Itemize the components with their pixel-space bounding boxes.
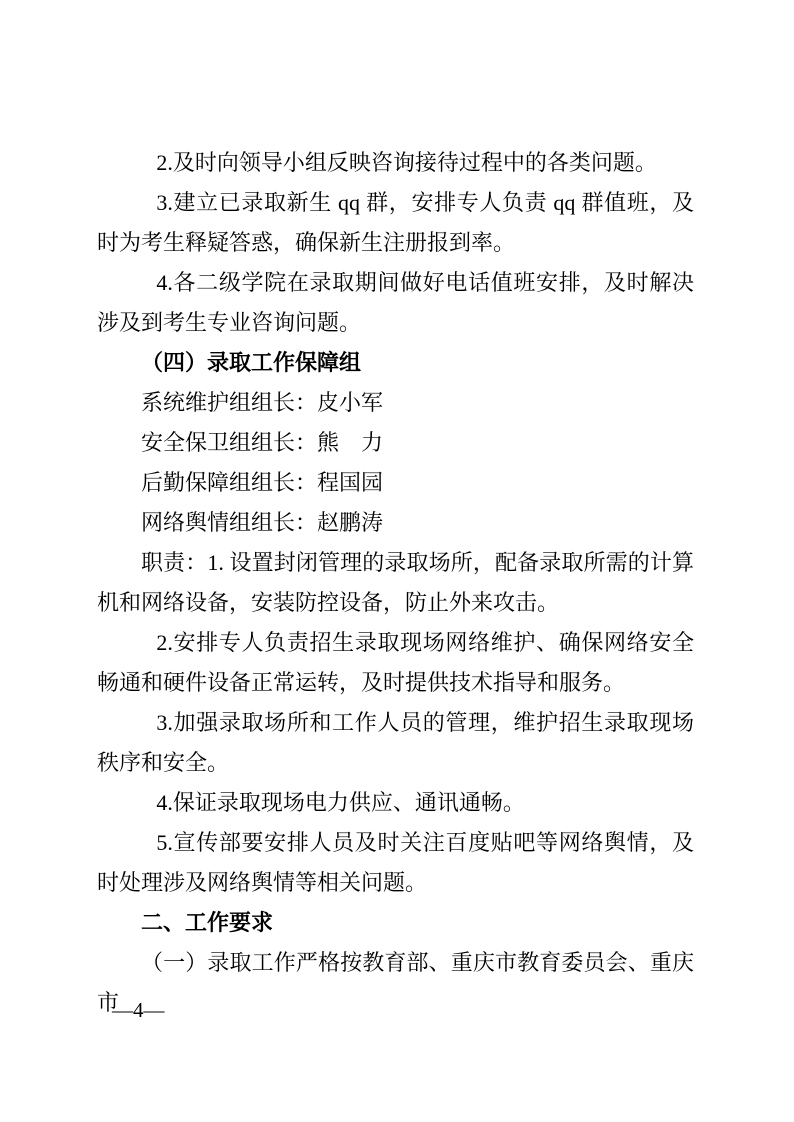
- document-body: 2.及时向领导小组反映咨询接待过程中的各类问题。3.建立已录取新生 qq 群，安…: [97, 143, 694, 1023]
- document-page: 2.及时向领导小组反映咨询接待过程中的各类问题。3.建立已录取新生 qq 群，安…: [0, 0, 794, 1122]
- paragraph: （一）录取工作严格按教育部、重庆市教育委员会、重庆市: [97, 943, 694, 1023]
- paragraph: 3.加强录取场所和工作人员的管理，维护招生录取现场秩序和安全。: [97, 703, 694, 783]
- paragraph: 5.宣传部要安排人员及时关注百度贴吧等网络舆情，及时处理涉及网络舆情等相关问题。: [97, 823, 694, 903]
- page-number: —4—: [112, 995, 165, 1025]
- paragraph: 网络舆情组组长：赵鹏涛: [97, 503, 694, 543]
- paragraph: 安全保卫组组长：熊 力: [97, 423, 694, 463]
- paragraph: 4.保证录取现场电力供应、通讯通畅。: [97, 783, 694, 823]
- paragraph: 4.各二级学院在录取期间做好电话值班安排，及时解决涉及到考生专业咨询问题。: [97, 263, 694, 343]
- paragraph: 3.建立已录取新生 qq 群，安排专人负责 qq 群值班，及时为考生释疑答惑，确…: [97, 183, 694, 263]
- paragraph: 后勤保障组组长：程国园: [97, 463, 694, 503]
- section-heading: （四）录取工作保障组: [97, 343, 694, 383]
- paragraph: 2.及时向领导小组反映咨询接待过程中的各类问题。: [97, 143, 694, 183]
- paragraph: 系统维护组组长：皮小军: [97, 383, 694, 423]
- paragraph: 2.安排专人负责招生录取现场网络维护、确保网络安全畅通和硬件设备正常运转，及时提…: [97, 623, 694, 703]
- paragraph: 职责：1. 设置封闭管理的录取场所，配备录取所需的计算机和网络设备，安装防控设备…: [97, 543, 694, 623]
- section-heading: 二、工作要求: [97, 903, 694, 943]
